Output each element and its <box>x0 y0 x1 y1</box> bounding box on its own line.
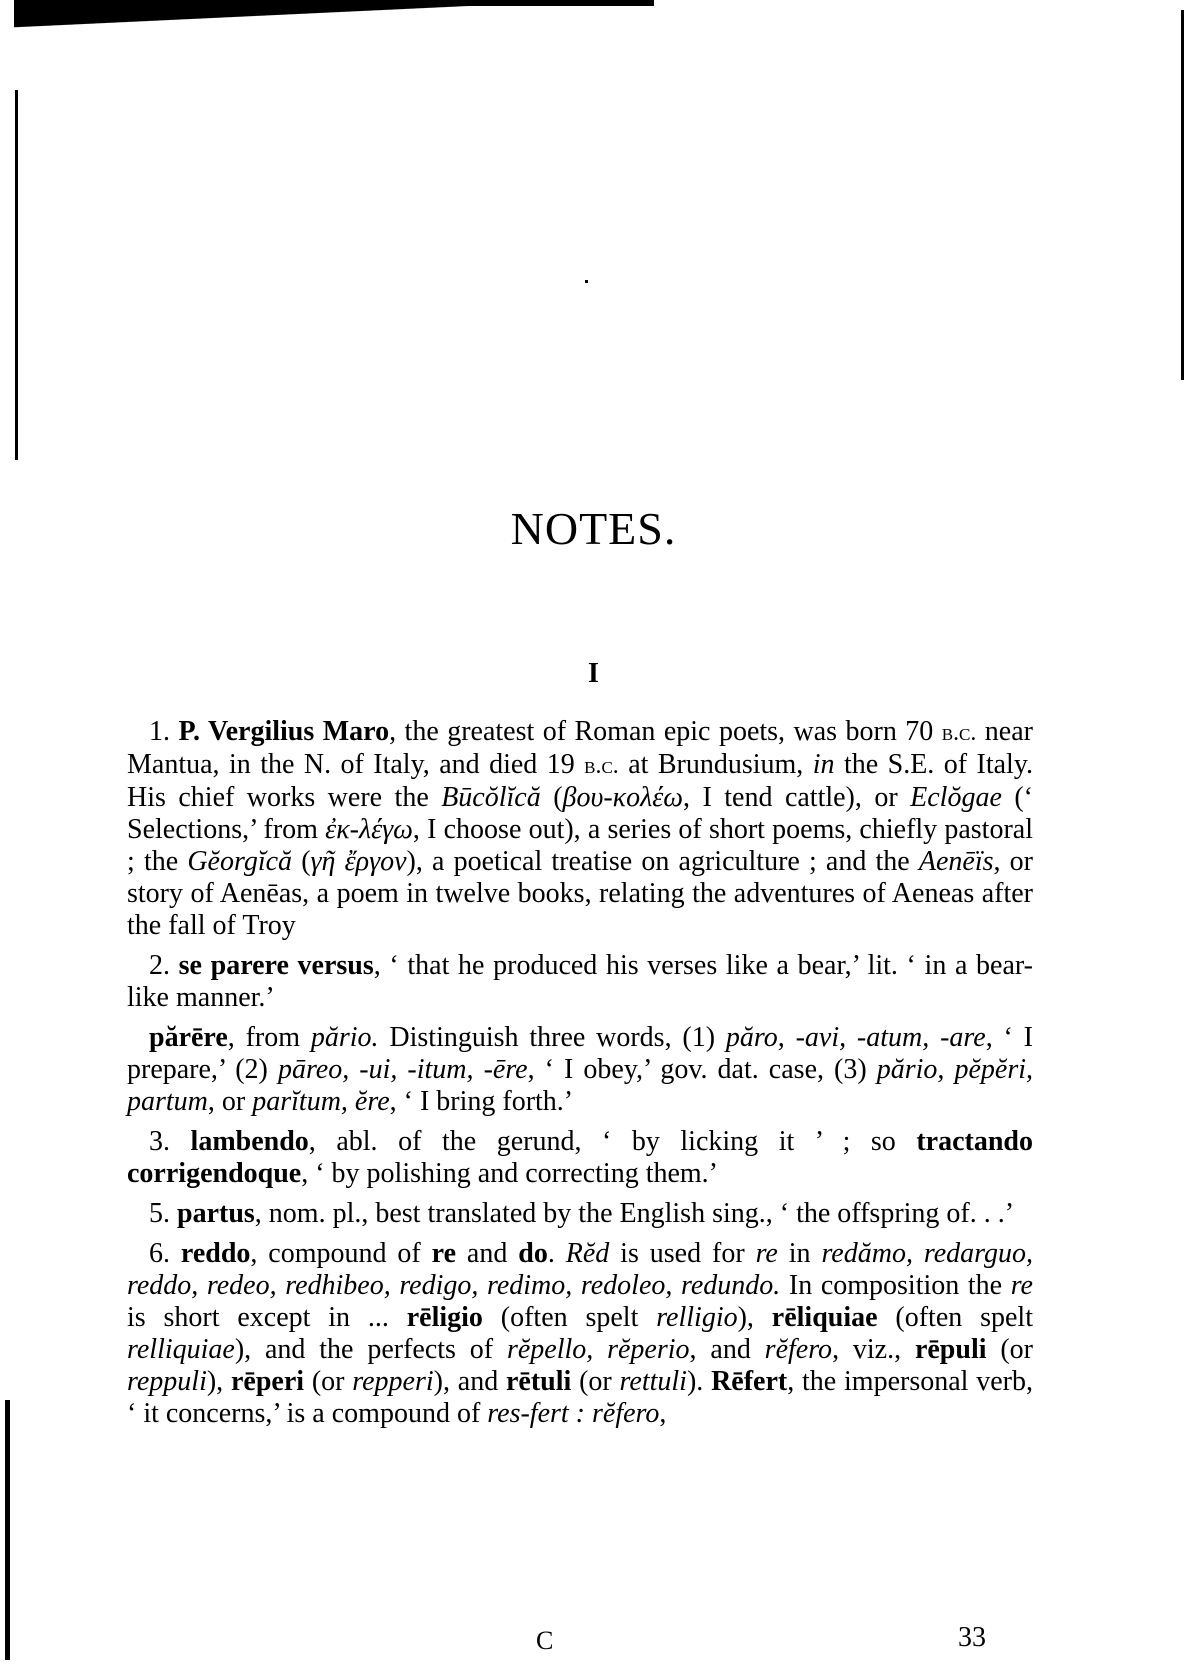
scan-artifact-left-edge <box>15 90 18 460</box>
italic-term: res-fert : rĕfero <box>487 1398 659 1429</box>
italic-term: re <box>756 1238 778 1269</box>
italic-term: in <box>813 749 835 780</box>
note-text: (or <box>304 1366 352 1397</box>
note-number: 1. <box>149 716 178 747</box>
note-text: (or <box>571 1366 619 1397</box>
note-text: is used for <box>609 1238 755 1269</box>
note-text: . <box>548 1238 566 1269</box>
note-text: , ‘ I bring forth.’ <box>390 1086 574 1117</box>
note-paragraph: 3. lambendo, abl. of the gerund, ‘ by li… <box>127 1126 1033 1190</box>
note-paragraph: părēre, from părio. Distinguish three wo… <box>127 1022 1033 1118</box>
note-number: 6. <box>149 1238 181 1269</box>
note-text: , the greatest of Roman epic poets, was … <box>389 716 942 747</box>
note-text: ( <box>292 846 310 877</box>
scan-artifact-dot <box>585 280 588 283</box>
lemma-term: partus <box>177 1198 255 1229</box>
lemma-term: re <box>432 1238 456 1269</box>
scan-artifact-left-edge-lower <box>5 1400 10 1660</box>
italic-term: rettuli <box>620 1366 687 1397</box>
lemma-term: rēligio <box>407 1302 483 1333</box>
italic-term: Rĕd <box>566 1238 610 1269</box>
lemma-term: se parere versus <box>179 950 374 981</box>
note-text: (often spelt <box>483 1302 656 1333</box>
italic-term: γῆ ἔργον <box>311 846 407 877</box>
lemma-term: rētuli <box>506 1366 571 1397</box>
page-number: 33 <box>958 1622 986 1654</box>
italic-term: Gĕorgĭcă <box>187 846 292 877</box>
italic-term: Būcŏlĭcă <box>441 782 541 813</box>
lemma-term: rēpuli <box>915 1334 987 1365</box>
lemma-term: do <box>518 1238 548 1269</box>
note-text: , nom. pl., best translated by the Engli… <box>255 1198 1014 1229</box>
note-text: Distinguish three words, (1) <box>379 1022 726 1053</box>
italic-term: Eclŏgae <box>910 782 1002 813</box>
italic-term: repperi <box>352 1366 433 1397</box>
lemma-term: părēre <box>149 1022 228 1053</box>
note-text: ), and <box>434 1366 506 1397</box>
note-text: ), <box>738 1302 772 1333</box>
italic-term: relligio <box>656 1302 737 1333</box>
note-text: , or <box>208 1086 252 1117</box>
small-caps-era: b.c. <box>584 753 619 779</box>
scan-artifact-top-wedge <box>14 0 654 30</box>
italic-term: ἐκ-λέγω <box>325 814 413 845</box>
note-text: in <box>778 1238 822 1269</box>
note-text: , I tend cattle), or <box>683 782 910 813</box>
note-text: and <box>456 1238 518 1269</box>
note-text: (often spelt <box>878 1302 1033 1333</box>
note-text: , and <box>690 1334 765 1365</box>
note-text: , from <box>228 1022 311 1053</box>
italic-term: relliquiae <box>127 1334 235 1365</box>
note-text: , viz., <box>832 1334 915 1365</box>
lemma-term: rēperi <box>231 1366 304 1397</box>
note-paragraph: 1. P. Vergilius Maro, the greatest of Ro… <box>127 716 1033 942</box>
note-number: 3. <box>149 1126 191 1157</box>
section-numeral: I <box>0 658 1187 690</box>
note-text: In composition the <box>780 1270 1010 1301</box>
notes-body: 1. P. Vergilius Maro, the greatest of Ro… <box>127 716 1033 1438</box>
note-text: at Brundusium, <box>619 749 813 780</box>
lemma-term: Rēfert <box>711 1366 787 1397</box>
small-caps-era: b.c. <box>942 720 977 746</box>
page-title: NOTES. <box>0 502 1187 555</box>
note-paragraph: 2. se parere versus, ‘ that he produced … <box>127 950 1033 1014</box>
note-text: , ‘ I obey,’ gov. dat. case, (3) <box>528 1054 877 1085</box>
italic-term: părio. <box>311 1022 379 1053</box>
lemma-term: reddo <box>181 1238 251 1269</box>
italic-term: reppuli <box>127 1366 207 1397</box>
signature-mark: C <box>536 1626 553 1656</box>
scan-artifact-right-edge <box>1181 10 1184 380</box>
italic-term: rĕfero <box>765 1334 832 1365</box>
note-number: 2. <box>149 950 179 981</box>
italic-term: parĭtum, ĕre <box>252 1086 389 1117</box>
note-text: (or <box>987 1334 1034 1365</box>
italic-term: păro, -avi, -atum, -are <box>726 1022 986 1053</box>
note-text: , abl. of the gerund, ‘ by licking it ’ … <box>309 1126 917 1157</box>
note-text: , <box>659 1398 666 1429</box>
note-text: ), a poetical treatise on agriculture ; … <box>407 846 919 877</box>
note-paragraph: 6. reddo, compound of re and do. Rĕd is … <box>127 1238 1033 1430</box>
note-text: ( <box>541 782 563 813</box>
note-text: , ‘ by polishing and correcting them.’ <box>301 1158 718 1189</box>
lemma-term: rēliquiae <box>772 1302 878 1333</box>
lemma-term: lambendo <box>191 1126 309 1157</box>
note-text: ). <box>687 1366 711 1397</box>
note-paragraph: 5. partus, nom. pl., best translated by … <box>127 1198 1033 1230</box>
note-text: ), and the perfects of <box>235 1334 507 1365</box>
note-number: 5. <box>149 1198 177 1229</box>
note-text: is short except in ... <box>127 1302 407 1333</box>
italic-term: βου-κολέω <box>563 782 684 813</box>
italic-term: rĕpello, rĕperio <box>507 1334 690 1365</box>
italic-term: pāreo, -ui, -itum, -ēre <box>278 1054 528 1085</box>
italic-term: re <box>1011 1270 1033 1301</box>
italic-term: Aenēïs <box>919 846 994 877</box>
note-text: , compound of <box>250 1238 431 1269</box>
note-text: ), <box>207 1366 231 1397</box>
lemma-term: P. Vergilius Maro <box>178 716 389 747</box>
